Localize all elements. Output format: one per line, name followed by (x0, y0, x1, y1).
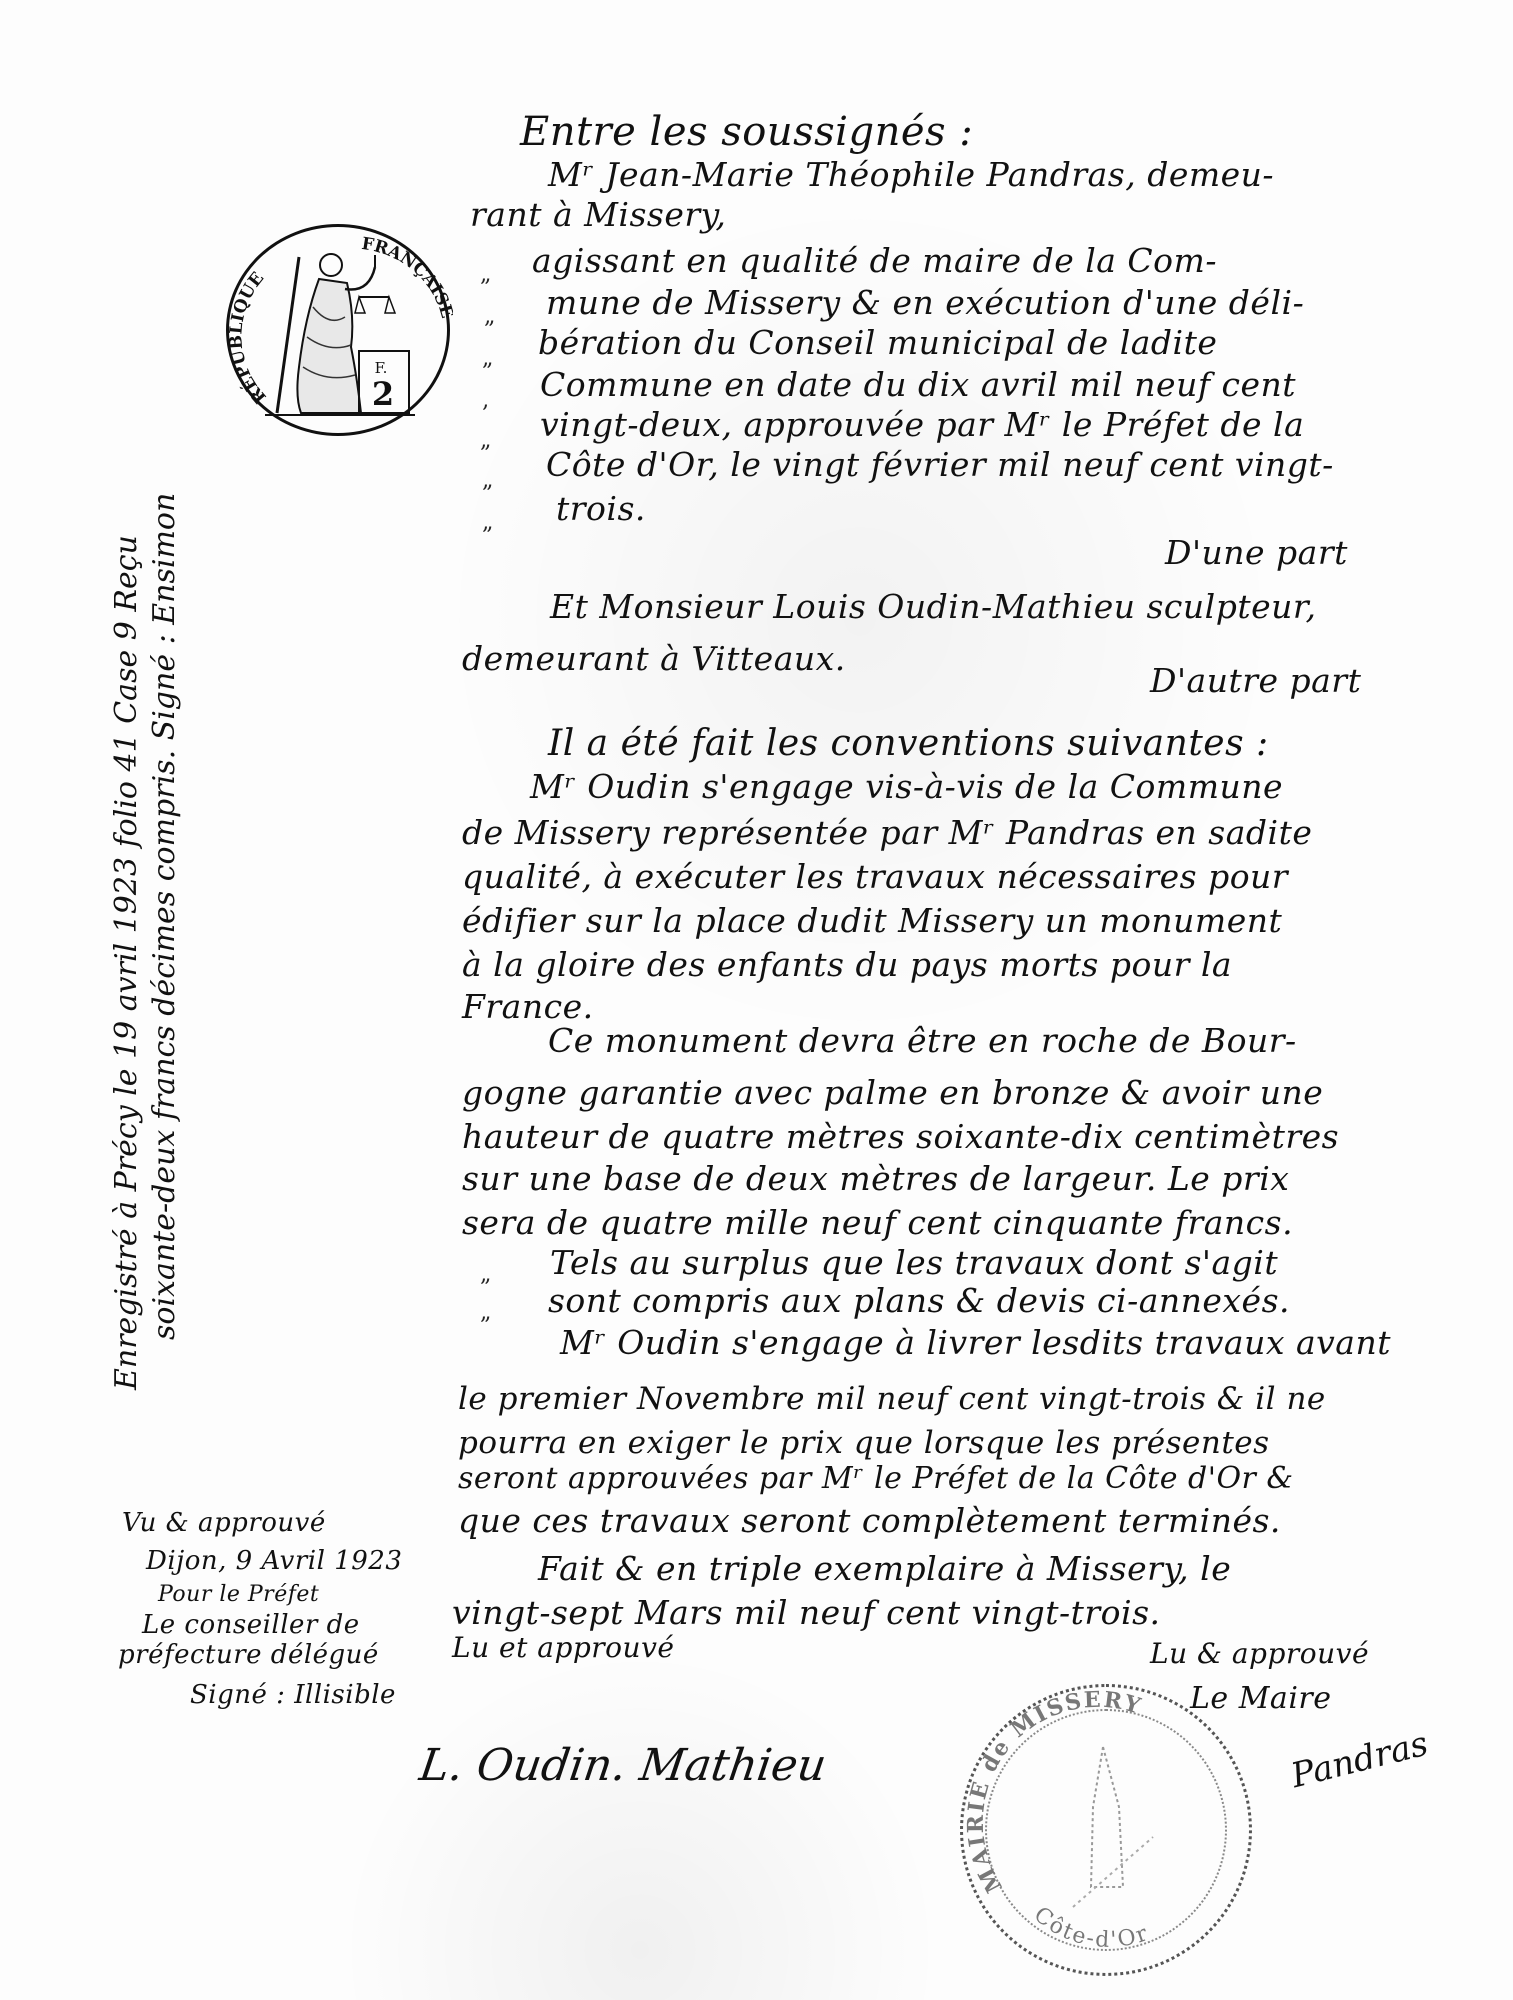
margin-tick: „ (480, 1262, 491, 1287)
margin-tick: „ (480, 428, 491, 453)
body-line: bération du Conseil municipal de ladite (538, 326, 1217, 359)
fiscal-stamp: RÉPUBLIQUE FRANÇAISE F. 2 (226, 224, 450, 436)
margin-tick: „ (484, 304, 495, 329)
svg-text:FRANÇAISE: FRANÇAISE (360, 234, 453, 321)
body-line: Mʳ Jean-Marie Théophile Pandras, demeu- (548, 158, 1274, 191)
body-line: gogne garantie avec palme en bronze & av… (462, 1076, 1323, 1109)
body-line: hauteur de quatre mètres soixante-dix ce… (462, 1120, 1339, 1153)
body-line: qualité, à exécuter les travaux nécessai… (462, 860, 1288, 893)
prefecture-note-line: préfecture délégué (118, 1642, 379, 1668)
margin-tick: „ (482, 510, 493, 535)
svg-text:RÉPUBLIQUE: RÉPUBLIQUE (229, 268, 271, 406)
body-line: France. (462, 990, 594, 1023)
body-line: sera de quatre mille neuf cent cinquante… (462, 1206, 1293, 1239)
body-line: sont compris aux plans & devis ci-annexé… (548, 1284, 1290, 1317)
party-marker-two: D'autre part (1150, 664, 1361, 697)
body-line: Côte d'Or, le vingt février mil neuf cen… (546, 448, 1334, 481)
body-line: trois. (556, 492, 646, 525)
registration-margin-note-line-2: soixante-deux francs décimes compris. Si… (150, 493, 180, 1340)
bell-tower-icon: MAIRIE de MISSERY Côte-d'Or (963, 1687, 1255, 1979)
mayor-signature: Pandras (1287, 1724, 1432, 1797)
mairie-stamp-top-text: MAIRIE de MISSERY (963, 1687, 1145, 1897)
body-line: de Missery représentée par Mʳ Pandras en… (462, 816, 1312, 849)
body-line: seront approuvées par Mʳ le Préfet de la… (458, 1464, 1294, 1494)
prefecture-note-line: Le conseiller de (142, 1612, 360, 1638)
body-line: Tels au surplus que les travaux dont s'a… (550, 1246, 1278, 1279)
registration-margin-note-line-1: Enregistré à Précy le 19 avril 1923 foli… (112, 535, 142, 1390)
right-approval-text: Lu & approuvé (1150, 1640, 1369, 1668)
body-line: rant à Missery, (470, 198, 726, 231)
margin-tick: „ (482, 468, 493, 493)
body-line: sur une base de deux mètres de largeur. … (462, 1162, 1289, 1195)
prefecture-note-line: Pour le Préfet (158, 1584, 319, 1606)
justice-figure-icon: RÉPUBLIQUE FRANÇAISE F. 2 (229, 227, 453, 439)
body-line: mune de Missery & en exécution d'une dél… (546, 286, 1304, 319)
party-marker-one: D'une part (1165, 536, 1348, 569)
prefecture-note-line: Dijon, 9 Avril 1923 (146, 1548, 402, 1574)
margin-tick: „ (482, 346, 493, 371)
body-line: Et Monsieur Louis Oudin-Mathieu sculpteu… (550, 590, 1317, 623)
body-line: Fait & en triple exemplaire à Missery, l… (538, 1552, 1231, 1585)
body-line: que ces travaux seront complètement term… (458, 1504, 1281, 1537)
body-line: Il a été fait les conventions suivantes … (548, 726, 1269, 762)
margin-tick: „ (480, 1300, 491, 1325)
mairie-stamp: MAIRIE de MISSERY Côte-d'Or (960, 1684, 1252, 1976)
body-line: le premier Novembre mil neuf cent vingt-… (458, 1384, 1326, 1415)
body-line: demeurant à Vitteaux. (462, 642, 846, 675)
body-line: édifier sur la place dudit Missery un mo… (462, 904, 1282, 937)
body-line: Mʳ Oudin s'engage à livrer lesdits trava… (560, 1326, 1391, 1359)
prefecture-note-line: Vu & approuvé (122, 1510, 326, 1536)
body-line: pourra en exiger le prix que lorsque les… (458, 1428, 1270, 1459)
body-line: à la gloire des enfants du pays morts po… (462, 948, 1232, 981)
document-heading: Entre les soussignés : (520, 112, 973, 152)
sculptor-signature: L. Oudin. Mathieu (416, 1740, 829, 1791)
body-line: Ce monument devra être en roche de Bour- (548, 1024, 1297, 1057)
stamp-value: 2 (372, 375, 394, 413)
stamp-text-republique: RÉPUBLIQUE (229, 268, 271, 406)
body-line: Mʳ Oudin s'engage vis-à-vis de la Commun… (530, 770, 1283, 803)
mairie-stamp-bottom-text: Côte-d'Or (1029, 1902, 1153, 1953)
body-line: vingt-deux, approuvée par Mʳ le Préfet d… (540, 408, 1304, 441)
prefecture-note-line: Signé : Illisible (190, 1682, 396, 1708)
body-line: agissant en qualité de maire de la Com- (532, 244, 1217, 277)
body-line: vingt-sept Mars mil neuf cent vingt-troi… (452, 1596, 1161, 1629)
svg-text:MAIRIE de MISSERY: MAIRIE de MISSERY (963, 1687, 1145, 1897)
document-page: Enregistré à Précy le 19 avril 1923 foli… (0, 0, 1513, 2000)
stamp-text-francaise: FRANÇAISE (360, 234, 453, 321)
margin-tick: ‚ (482, 388, 489, 413)
margin-tick: „ (480, 262, 491, 287)
svg-text:Côte-d'Or: Côte-d'Or (1029, 1902, 1153, 1953)
left-approval-text: Lu et approuvé (452, 1634, 674, 1662)
body-line: Commune en date du dix avril mil neuf ce… (540, 368, 1296, 401)
